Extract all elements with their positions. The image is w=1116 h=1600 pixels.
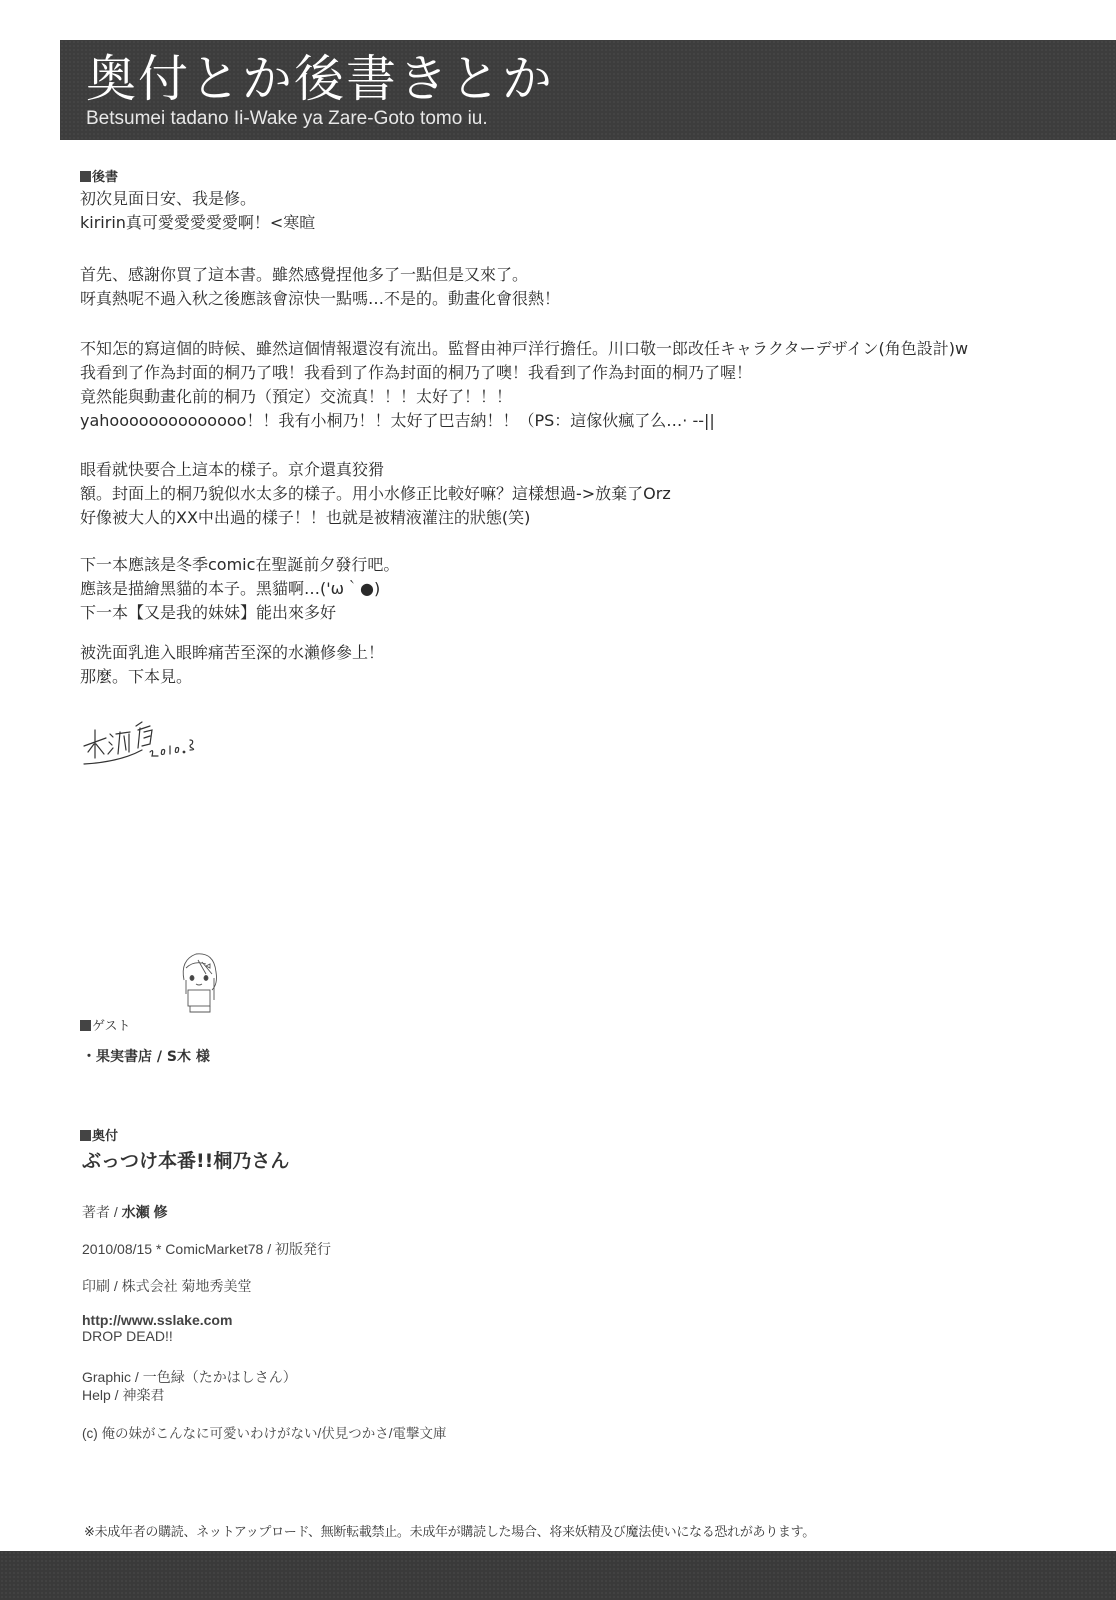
text-line: 好像被大人的XX中出過的樣子！！也就是被精液灌注的狀態(笑)	[80, 506, 671, 530]
guest-list-item: ・果実書店 / S木 様	[82, 1046, 210, 1066]
chibi-character-drawing-icon	[176, 950, 222, 1018]
book-title: ぶっつけ本番!!桐乃さん	[82, 1146, 289, 1173]
afterword-paragraph-4: 眼看就快要合上這本的樣子。京介還真狡猾 額。封面上的桐乃貌似水太多的樣子。用小水…	[80, 458, 671, 530]
text-line: 下一本【又是我的妹妹】能出來多好	[80, 601, 399, 625]
author-line: 著者 / 水瀬 修	[82, 1202, 168, 1222]
section-label-colophon: 奥付	[80, 1125, 118, 1144]
section-label-guest: ゲスト	[80, 1015, 130, 1034]
afterword-paragraph-5: 下一本應該是冬季comic在聖誕前夕發行吧。 應該是描繪黑貓的本子。黑貓啊…('…	[80, 553, 399, 625]
header-band: 奥付とか後書きとか Betsumei tadano Ii-Wake ya Zar…	[60, 40, 1116, 140]
afterword-paragraph-6: 被洗面乳進入眼眸痛苦至深的水瀨修參上！ 那麼。下本見。	[80, 641, 384, 689]
footer-band	[0, 1551, 1116, 1600]
text-line: 不知怎的寫這個的時候、雖然這個情報還沒有流出。監督由神戸洋行擔任。川口敬一郎改任…	[80, 337, 968, 361]
text-line: 竟然能與動畫化前的桐乃（預定）交流真！！！太好了！！！	[80, 385, 968, 409]
help-credit: Help / 神楽君	[82, 1385, 164, 1405]
circle-name: DROP DEAD!!	[82, 1328, 173, 1344]
website-link[interactable]: http://www.sslake.com	[82, 1312, 232, 1328]
section-label-afterword: 後書	[80, 166, 118, 185]
afterword-paragraph-3: 不知怎的寫這個的時候、雖然這個情報還沒有流出。監督由神戸洋行擔任。川口敬一郎改任…	[80, 337, 968, 433]
section-label-text: 奥付	[92, 1129, 118, 1144]
release-info: 2010/08/15 * ComicMarket78 / 初版発行	[82, 1239, 331, 1259]
afterword-paragraph-1: 初次見面日安、我是修。 kiririn真可愛愛愛愛愛啊！<寒暄	[80, 187, 315, 235]
text-line: 額。封面上的桐乃貌似水太多的樣子。用小水修正比較好嘛？這樣想過->放棄了Orz	[80, 482, 671, 506]
page-title: 奥付とか後書きとか	[86, 48, 554, 110]
text-line: yahoooooooooooooo！！我有小桐乃！！太好了巴吉納！！（PS：這傢…	[80, 409, 968, 433]
text-line: 初次見面日安、我是修。	[80, 187, 315, 211]
square-bullet-icon	[80, 1130, 91, 1141]
text-line: 首先、感謝你買了這本書。雖然感覺捏他多了一點但是又來了。	[80, 263, 560, 287]
page-subtitle: Betsumei tadano Ii-Wake ya Zare-Goto tom…	[86, 108, 488, 130]
square-bullet-icon	[80, 1020, 91, 1031]
printer-info: 印刷 / 株式会社 菊地秀美堂	[82, 1276, 252, 1296]
text-line: 眼看就快要合上這本的樣子。京介還真狡猾	[80, 458, 671, 482]
text-line: kiririn真可愛愛愛愛愛啊！<寒暄	[80, 211, 315, 235]
text-line: 下一本應該是冬季comic在聖誕前夕發行吧。	[80, 553, 399, 577]
text-line: 呀真熱呢不過入秋之後應該會涼快一點嗎…不是的。動畫化會很熱！	[80, 287, 560, 311]
graphic-credit: Graphic / 一色緑（たかはしさん）	[82, 1367, 297, 1387]
copyright-notice: (c) 俺の妹がこんなに可愛いわけがない/伏見つかさ/電撃文庫	[82, 1422, 447, 1442]
author-name: 水瀬 修	[122, 1204, 168, 1220]
text-line: 我看到了作為封面的桐乃了哦！我看到了作為封面的桐乃了噢！我看到了作為封面的桐乃了…	[80, 361, 968, 385]
text-line: 那麼。下本見。	[80, 665, 384, 689]
text-line: 被洗面乳進入眼眸痛苦至深的水瀨修參上！	[80, 641, 384, 665]
text-line: 應該是描繪黑貓的本子。黑貓啊…('ω｀●)	[80, 577, 399, 601]
section-label-text: ゲスト	[92, 1019, 130, 1034]
afterword-paragraph-2: 首先、感謝你買了這本書。雖然感覺捏他多了一點但是又來了。 呀真熱呢不過入秋之後應…	[80, 263, 560, 311]
section-label-text: 後書	[92, 170, 118, 185]
handwritten-signature-icon	[80, 712, 200, 776]
square-bullet-icon	[80, 171, 91, 182]
author-label: 著者 /	[82, 1204, 122, 1220]
age-restriction-notice: ※未成年者の購読、ネットアップロード、無断転載禁止。未成年が購読した場合、将来妖…	[84, 1521, 815, 1540]
